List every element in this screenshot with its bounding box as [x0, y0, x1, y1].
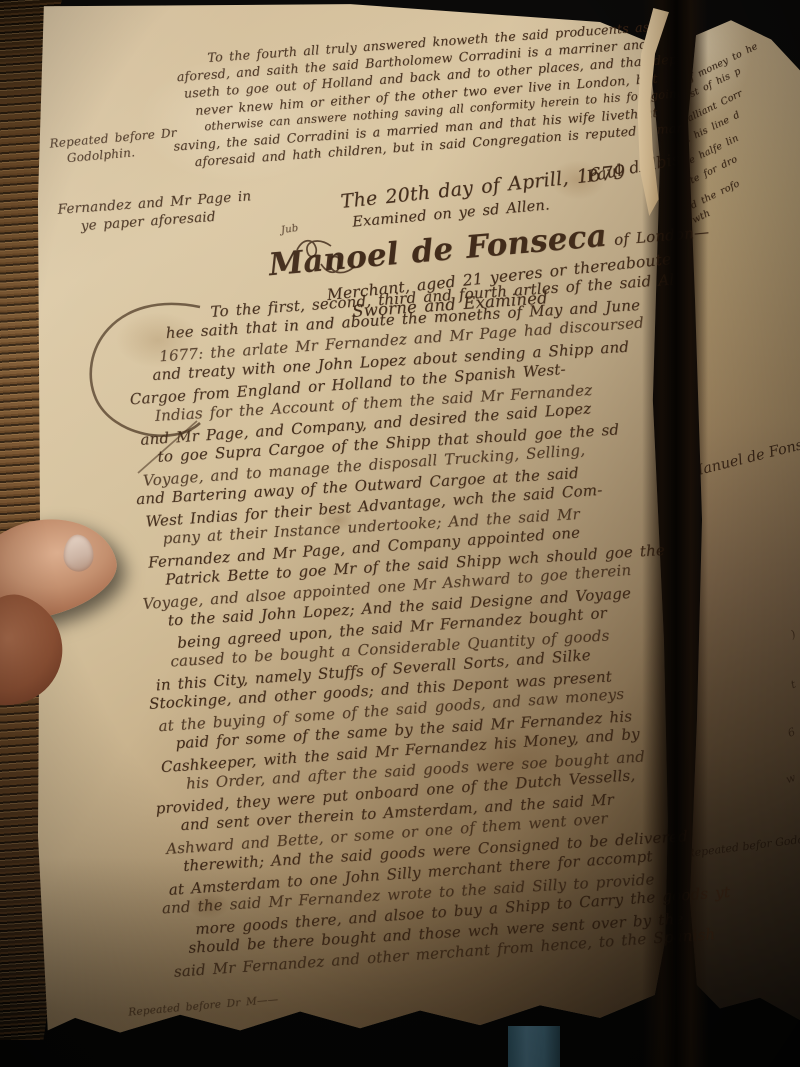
margin-note-repeated: Repeated before Dr Godolphin. [49, 125, 179, 168]
deponent-origin: of London— [606, 223, 709, 250]
jurat-mark: Jub [280, 223, 299, 236]
deposition-body: To the first, second, third and fourth a… [118, 270, 739, 982]
knot-flourish-icon [318, 252, 358, 278]
left-page-handwriting: Repeated before Dr Godolphin. Fernandez … [0, 0, 800, 1067]
opening-flourish-icon [80, 295, 210, 480]
opening-paragraph: To the fourth all truly answered knoweth… [165, 16, 682, 172]
photo-scene: Repeated before Dr Godolphin. Fernandez … [0, 0, 800, 1067]
thumb-nail [64, 534, 95, 572]
margin-note-parties: Fernandez and Mr Page in ye paper afores… [57, 187, 253, 236]
footer-note: Repeated before Dr M—— [128, 993, 279, 1018]
examiner-name: Paul dAlbis [585, 149, 682, 186]
